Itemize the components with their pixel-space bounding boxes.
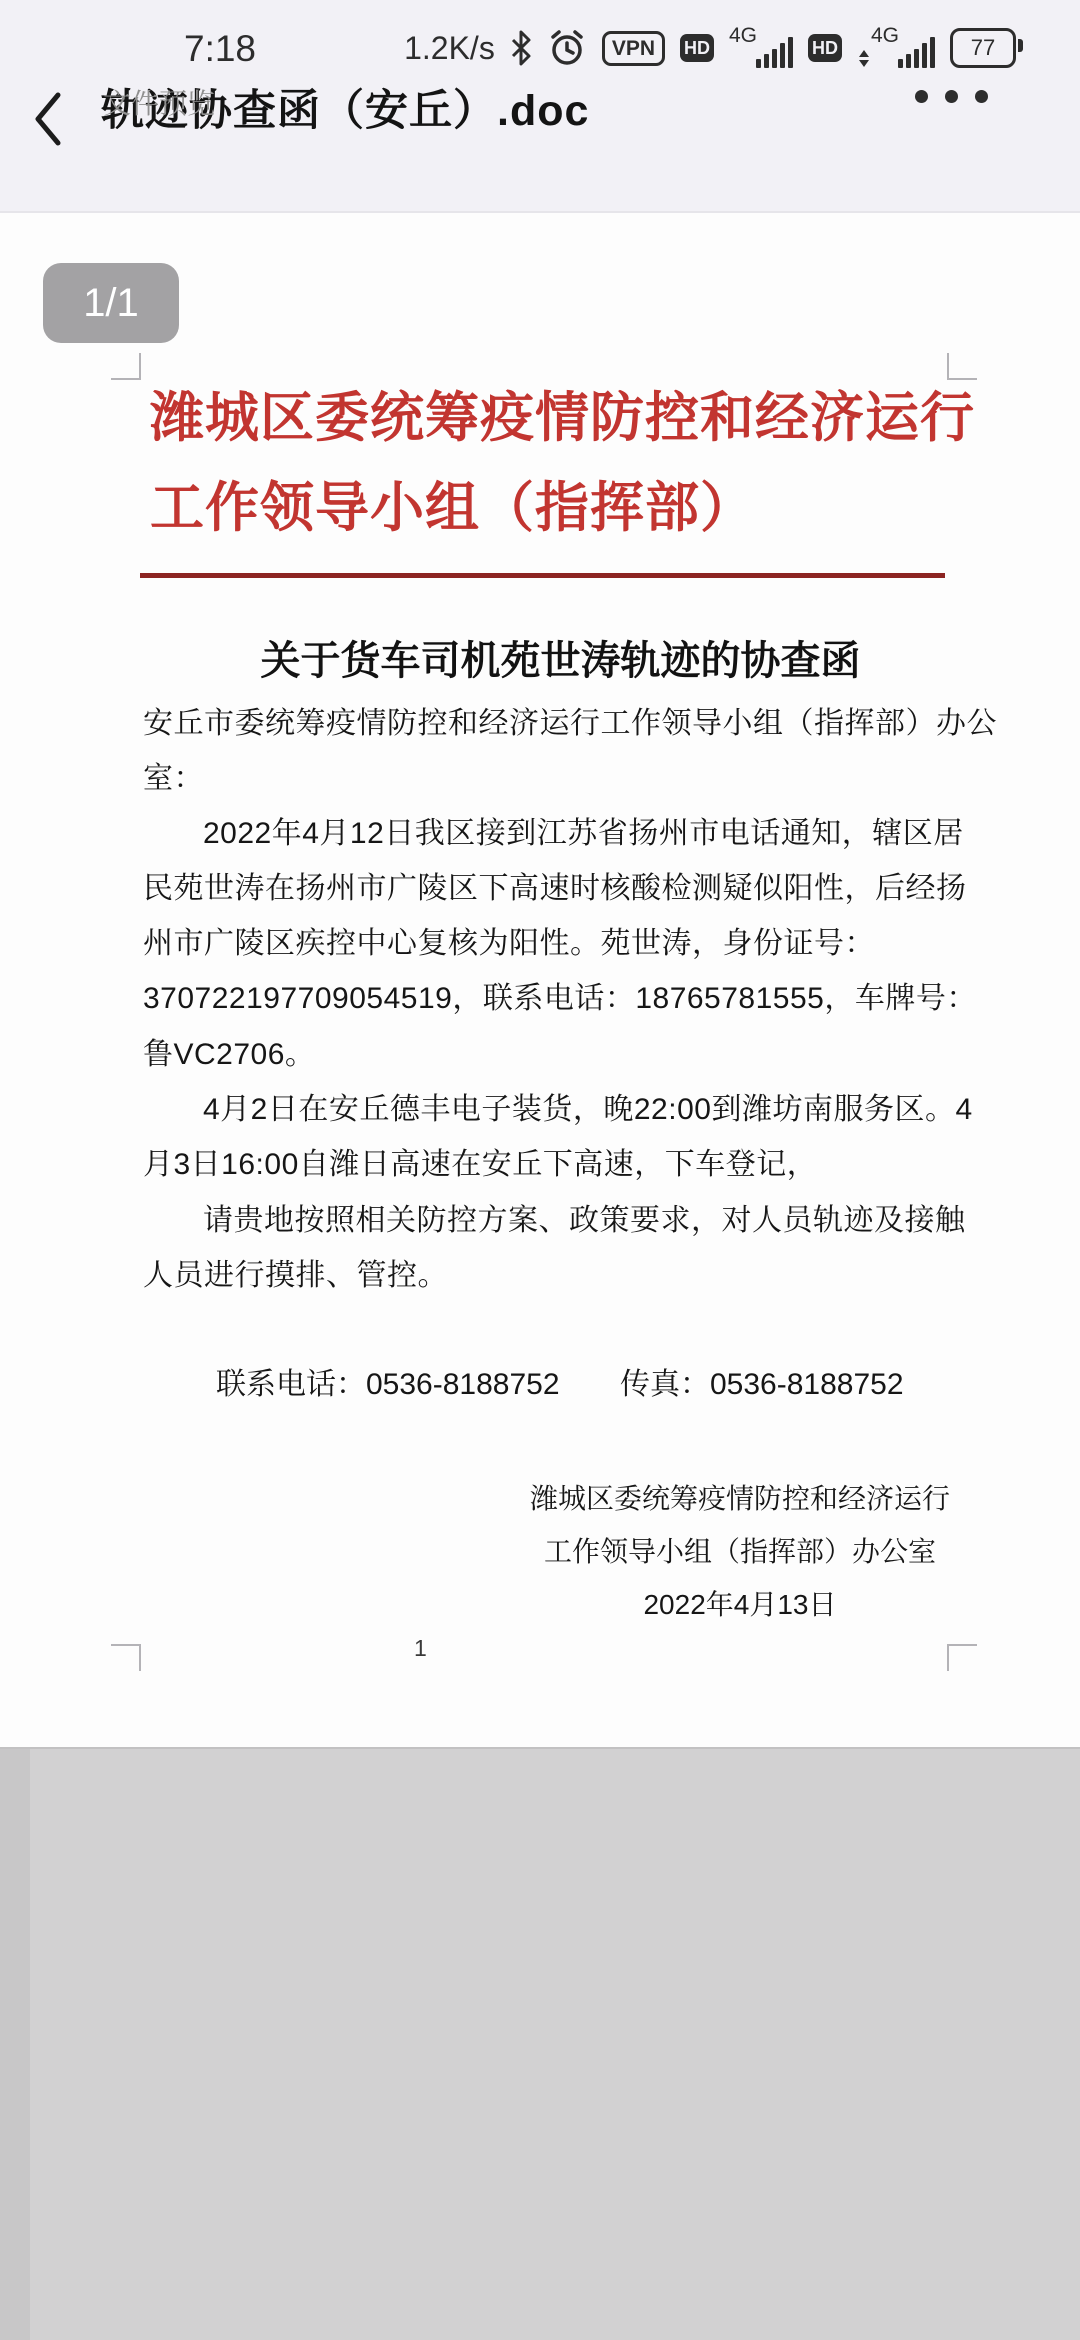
page-edge-shadow (0, 1749, 30, 2340)
more-options-button[interactable] (915, 90, 988, 103)
viewer-background[interactable] (0, 1747, 1080, 2340)
document-page[interactable]: 1/1 潍城区委统筹疫情防控和经济运行 工作领导小组（指挥部） 关于货车司机苑世… (0, 213, 1080, 1747)
hd-badge: HD (680, 34, 714, 62)
hd-badge-2: HD (808, 34, 842, 62)
contact-phone: 联系电话：0536-8188752 (216, 1370, 560, 1400)
signal-bars (756, 37, 793, 68)
signal-bars-icon-sim2: 4G (857, 25, 935, 71)
document-line: 安丘市委统筹疫情防控和经济运行工作领导小组（指挥部）办公 (143, 707, 997, 742)
signature-line-1: 潍城区委统筹疫情防控和经济运行 (528, 1485, 952, 1513)
document-line: 月3日16:00自潍日高速在安丘下高速，下车登记， (143, 1148, 817, 1183)
document-line: 人员进行摸排、管控。 (143, 1259, 448, 1294)
back-button[interactable] (30, 90, 64, 148)
document-line: 请贵地按照相关防控方案、政策要求，对人员轨迹及接触 (203, 1204, 966, 1239)
network-speed: 1.2K/s (404, 32, 495, 64)
clock-time: 7:18 (184, 30, 256, 67)
letterhead-rule (140, 573, 945, 578)
battery-indicator: 77 (950, 28, 1016, 68)
bluetooth-icon (510, 29, 532, 67)
document-line: 室： (143, 762, 204, 797)
signal-bars-icon-sim1: 4G (729, 25, 793, 71)
document-line: 鲁VC2706。 (143, 1038, 315, 1073)
vpn-badge: VPN (602, 31, 665, 66)
document-title: 关于货车司机苑世涛轨迹的协查函 (143, 639, 978, 683)
text-boundary-mark-bottom-right (947, 1644, 977, 1671)
app-header: 轨迹协查函（安丘）.doc 文件预览 (0, 90, 1080, 213)
text-boundary-mark-top-right (947, 353, 977, 380)
signal-bars-2 (898, 37, 935, 68)
alarm-icon (547, 28, 587, 68)
document-line: 民苑世涛在扬州市广陵区下高速时核酸检测疑似阳性，后经扬 (143, 872, 967, 907)
file-preview-screen: 7:18 1.2K/s VPN HD 4G HD 4G 77 (0, 0, 1080, 2340)
status-icons: 1.2K/s VPN HD 4G HD 4G 77 (404, 25, 1024, 71)
page-indicator-badge: 1/1 (43, 263, 179, 343)
document-line: 4月2日在安丘德丰电子装货，晚22:00到潍坊南服务区。4 (203, 1093, 973, 1128)
letterhead-line-2: 工作领导小组（指挥部） (150, 479, 755, 537)
text-boundary-mark-top-left (111, 353, 141, 380)
letterhead-line-1: 潍城区委统筹疫情防控和经济运行 (150, 389, 975, 447)
signature-line-2: 工作领导小组（指挥部）办公室 (528, 1538, 952, 1566)
network-type-label: 4G (729, 25, 757, 46)
signature-block: 潍城区委统筹疫情防控和经济运行 工作领导小组（指挥部）办公室 2022年4月13… (528, 1485, 952, 1644)
network-type-label-2: 4G (871, 25, 899, 46)
page-number: 1 (414, 1637, 427, 1660)
data-arrows-icon (859, 50, 869, 67)
text-boundary-mark-bottom-left (111, 1644, 141, 1671)
preview-label: 文件预览 (103, 90, 215, 118)
document-line: 州市广陵区疾控中心复核为阳性。苑世涛，身份证号： (143, 927, 875, 962)
document-line: 2022年4月12日我区接到江苏省扬州市电话通知，辖区居 (203, 817, 964, 852)
document-line: 370722197709054519，联系电话：18765781555，车牌号： (143, 982, 977, 1017)
contact-fax: 传真：0536-8188752 (620, 1370, 904, 1400)
signature-date: 2022年4月13日 (528, 1591, 952, 1619)
status-bar: 7:18 1.2K/s VPN HD 4G HD 4G 77 (0, 0, 1080, 90)
